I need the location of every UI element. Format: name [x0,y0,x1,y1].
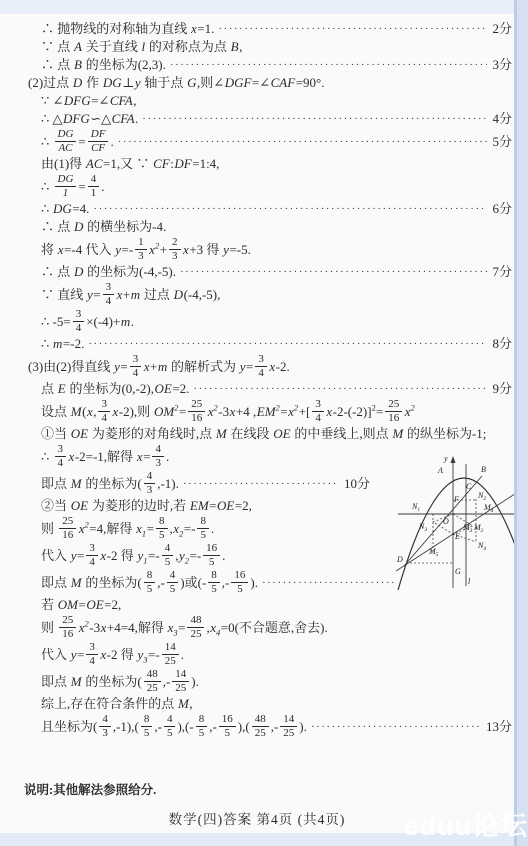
text-segment: ∵ ∠ [41,93,63,109]
diagram-label-A: A [437,466,443,475]
score-badge: 9分 [492,381,512,397]
text-segment: ∴ 抛物线的对称轴为直线 [41,21,191,37]
y-axis-arrow-icon [451,456,456,463]
text-segment: 为菱形的对角线时,点 [89,426,216,442]
math-segment: D [74,264,84,280]
math-segment: y [70,548,77,564]
text-segment: = [280,404,287,420]
text-segment: ∴ [41,179,53,195]
text-segment: = [147,521,154,537]
fraction: 34 [86,543,98,568]
content-line: 代入 y=34x-2 得 y3=-1425. [28,642,512,667]
math-segment: x [191,21,198,37]
content-line: ①当 OE 为菱形的对角线时,点 M 在线段 OE 的中垂线上,则点 M 的纵坐… [28,426,512,442]
diagram-label-O: O [443,517,449,526]
content-line: ∴ -5=34×(-4)+m. [28,309,512,334]
content-line: 若 OM=OE=2, [28,597,512,613]
math-segment: DG [102,75,122,91]
diagram-label-N3: N3 [418,522,427,533]
text-segment: = [209,498,216,514]
math-segment: OE [70,426,88,442]
math-segment: x [116,287,123,303]
content-line: 将 x=-4 代入 y=-13x2+23x+3 得 y=-5. [28,237,512,262]
fraction: 34 [312,399,324,424]
dotted-leader: ········································… [118,134,488,150]
text-segment: -2-(-2)]2= [333,404,384,420]
math-segment: x [100,647,107,663]
text-segment: . [222,548,225,564]
math-segment: CFA [111,111,135,127]
diagram-label-F: F [453,495,459,504]
text-segment: = [120,359,127,375]
diagram-svg: yxABCFN1N2N3N4OM2M3M4M5EDGl [396,452,526,594]
text-segment: 的中垂线上,则点 [291,426,392,442]
math-segment: x [100,548,107,564]
math-segment: OE [154,381,172,397]
text-segment: 的坐标为(0,-2), [66,381,154,397]
text-segment: . [211,521,214,537]
content-line: 即点 M 的坐标为(4825,-1425). [28,669,512,694]
text-segment: 过点 [141,287,174,303]
math-segment: x [269,359,276,375]
text-segment: = [93,287,100,303]
text-segment: . [166,449,169,465]
math-segment: y [239,359,246,375]
text-segment: ①当 [41,426,70,442]
text-segment: ∽△ [90,111,111,127]
text-segment: 代入 [41,647,70,663]
diagram-label-M4: M4 [483,503,494,514]
math-segment: y [115,242,122,258]
text-segment: + [123,287,130,303]
text-segment: 由(1)得 [41,156,85,172]
text-segment: =∠ [252,75,270,91]
fraction: 34 [98,399,110,424]
text-segment: ,- [271,719,279,735]
math-segment: D [173,287,183,303]
fraction: 34 [255,354,267,379]
text-segment: 的坐标为(2,3). [82,57,165,73]
text-segment: -2 得 [107,548,137,564]
text-segment: =- [148,548,160,564]
fraction: 34 [55,444,67,469]
text-segment: -2),则 [119,404,154,420]
fraction: 165 [231,570,248,595]
text-segment: . [135,111,138,127]
dotted-leader: ········································… [180,264,488,280]
right-edge-strip [514,0,528,846]
text-segment: ). [250,575,258,591]
text-segment: 即点 [41,575,70,591]
parabola-figure: yxABCFN1N2N3N4OM2M3M4M5EDGl [396,452,526,594]
text-segment: 设点 [41,404,70,420]
score-badge: 2分 [492,21,512,37]
content-line: 综上,存在符合条件的点 M, [28,696,512,712]
content-line: ∴ △DFG∽△CFA.····························… [28,111,512,127]
diagram-label-N4: N4 [477,541,486,552]
dotted-leader: ········································… [183,476,339,492]
math-segment: OE [86,597,104,613]
math-segment: x2 [207,404,218,420]
text-segment: ×(-4)+ [86,314,120,330]
math-segment: D [74,219,84,235]
fraction: 4825 [144,669,161,694]
fraction: 85 [196,714,208,739]
text-segment: 的坐标为(-4,-5). [84,264,176,280]
fraction: 45 [164,714,176,739]
score-badge: 6分 [492,201,512,217]
content-line: ∴ 点 B 的坐标为(2,3).························… [28,57,512,73]
math-segment: y [134,75,141,91]
diagram-label-N2: N2 [477,491,486,502]
text-segment: . [131,314,134,330]
text-segment: ),( [238,719,250,735]
text-segment: ,- [157,575,165,591]
math-segment: OM [57,597,78,613]
fraction: 41 [88,174,100,199]
math-segment: EM [189,498,209,514]
text-segment: =- [122,242,134,258]
text-segment: 且坐标为( [41,719,97,735]
text-segment: -2 得 [107,647,137,663]
math-segment: D [72,75,82,91]
math-segment: M [70,674,82,690]
content-line: ∴ m=-2.·································… [28,336,512,352]
math-segment: y1 [137,548,148,564]
math-segment: x2 [78,620,89,636]
math-segment: y3 [137,647,148,663]
parabola-curve [398,478,526,590]
math-segment: x2 [173,521,184,537]
math-segment: OE [273,426,291,442]
text-segment: ⊥ [122,75,134,91]
math-segment: x2 [149,242,160,258]
math-segment: B [230,39,239,55]
math-segment: y [114,359,121,375]
content-line: ∴ DGAC=DFCF.····························… [28,129,512,154]
math-segment: x [136,449,143,465]
text-segment: = [179,404,186,420]
math-segment: m [130,287,140,303]
math-segment: x [183,242,190,258]
text-segment: ②当 [41,498,70,514]
dotted-leader: ········································… [142,111,487,127]
text-segment: 综上,存在符合条件的点 [41,696,178,712]
text-segment: =2. [172,381,189,397]
text-segment: =90°. [296,75,325,91]
math-segment: DG [53,201,73,217]
text-segment: =- [190,548,202,564]
text-segment: =2, [235,498,252,514]
text-segment: -3 [89,620,100,636]
content-line: ∴ 点 D 的横坐标为-4. [28,219,512,235]
text-segment: ∴ △ [41,111,63,127]
math-segment: DFG [63,93,91,109]
dotted-leader: ········································… [88,336,487,352]
math-segment: OE [217,498,235,514]
text-segment: ∵ 点 [41,39,74,55]
text-segment: ∴ 点 [41,264,74,280]
answer-content: ∴ 抛物线的对称轴为直线 x=1.·······················… [28,21,512,741]
text-segment: 在线段 [227,426,273,442]
text-segment: )或(- [180,575,206,591]
fraction: 1425 [172,669,189,694]
math-segment: M [70,404,82,420]
fraction: DGAC [55,129,77,154]
text-segment: +4=4,解得 [107,620,167,636]
text-segment: ∴ [41,201,53,217]
text-segment: 的坐标为( [82,575,142,591]
content-line: (2)过点 D 作 DG⊥y 轴于点 G,则∠DGF=∠CAF=90°. [28,75,512,91]
text-segment: ,- [163,674,171,690]
diagram-label-line-l: l [468,577,471,586]
diagram-label-axis-y: y [443,454,448,463]
text-segment: -3 [218,404,229,420]
math-segment: m [53,336,63,352]
fraction: 85 [144,570,156,595]
fraction: 85 [141,714,153,739]
math-segment: OM2 [153,404,178,420]
content-line: ②当 OE 为菱形的边时,若 EM=OE=2, [28,498,370,514]
diagram-label-B: B [481,465,486,474]
text-segment: ,则∠ [197,75,224,91]
text-segment: ),(- [177,719,193,735]
score-badge: 4分 [492,111,512,127]
math-segment: B [74,57,83,73]
math-segment: x [100,620,107,636]
text-segment: ,-1),( [113,719,139,735]
content-line: ∴ 点 D 的坐标为(-4,-5).······················… [28,264,512,280]
fraction: 4825 [187,615,204,640]
fraction: 165 [219,714,236,739]
math-segment: y2 [178,548,189,564]
fraction: 43 [144,471,156,496]
fraction: 13 [135,237,147,262]
math-segment: x [57,242,64,258]
text-segment: ∴ 点 [41,57,74,73]
fraction: 34 [73,309,85,334]
text-segment: = [246,359,253,375]
math-segment: M [392,426,404,442]
fraction: 2516 [59,516,76,541]
math-segment: x [143,359,150,375]
diagram-label-N1: N1 [411,502,420,513]
dotted-leader: ········································… [170,57,488,73]
math-segment: DFG [63,111,91,127]
fraction: 43 [99,714,111,739]
math-segment: CAF [270,75,296,91]
fraction: 34 [103,282,115,307]
text-segment: =- [148,647,160,663]
text-segment: ∴ [41,134,53,150]
fraction: 2516 [59,615,76,640]
math-segment: M [70,476,82,492]
score-badge: 7分 [492,264,512,280]
fraction: 85 [197,516,209,541]
text-segment: 将 [41,242,57,258]
math-segment: x [86,404,93,420]
text-segment: = [178,620,185,636]
text-segment: =4. [72,201,89,217]
text-segment: . [110,134,113,150]
text-segment: =1. [197,21,214,37]
diagram-label-M5: M5 [428,547,439,558]
text-segment: 为菱形的边时,若 [89,498,190,514]
math-segment: x3 [167,620,178,636]
content-line: 即点 M 的坐标为(43,-1).·······················… [28,471,370,496]
fraction: 85 [208,570,220,595]
math-segment: x [326,404,333,420]
content-line: 设点 M(x,34x-2),则 OM2=2516x2-3x+4 ,EM2=x2+… [28,399,512,424]
text-segment: ∵ 直线 [41,287,87,303]
fraction: 85 [156,516,168,541]
text-segment: =-5. [229,242,250,258]
math-segment: m [120,314,130,330]
text-segment: ∴ [41,336,53,352]
math-segment: x4 [210,620,221,636]
diagram-label-M2: M2 [473,523,484,534]
math-segment: y [87,287,94,303]
fraction: 1425 [162,642,179,667]
dotted-leader: ········································… [311,719,481,735]
content-line: ∵ 点 A 关于直线 l 的对称点为点 B, [28,39,512,55]
diagram-label-C: C [466,482,472,491]
math-segment: A [74,39,83,55]
score-badge: 13分 [486,719,512,735]
fraction: 2516 [385,399,402,424]
text-segment: = [78,134,85,150]
fraction: 1425 [280,714,297,739]
text-segment: +4 , [236,404,256,420]
content-line: ∵ 直线 y=34x+m 过点 D(-4,-5), [28,282,512,307]
diagram-label-E: E [454,532,460,541]
text-segment: , [93,404,96,420]
text-segment: 轴于点 [141,75,187,91]
math-segment: E [57,381,66,397]
fraction: DFCF [88,129,109,154]
text-segment: , [189,696,192,712]
text-segment: -2=-1,解得 [75,449,137,465]
text-segment: 的坐标为( [82,674,142,690]
text-segment: ∴ 点 [41,219,74,235]
content-line: ∵ ∠DFG=∠CFA, [28,93,512,109]
text-segment: = [78,179,85,195]
text-segment: (2)过点 [28,75,72,91]
text-segment: (3)由(2)得直线 [28,359,114,375]
text-segment: 关于直线 [82,39,141,55]
text-segment: ). [299,719,307,735]
text-segment: 点 [41,381,57,397]
fraction: 43 [152,444,164,469]
score-badge: 10分 [344,476,370,492]
text-segment: . [101,179,104,195]
dotted-leader: ········································… [193,381,487,397]
math-segment: x1 [136,521,147,537]
math-segment: M [70,575,82,591]
text-segment: =-2. [63,336,84,352]
diagram-labels: yxABCFN1N2N3N4OM2M3M4M5EDGl [396,454,519,586]
text-segment: =1:4, [192,156,219,172]
dotted-leader: ········································… [218,21,487,37]
score-badge: 8分 [492,336,512,352]
line-y-equals-3-4x-minus-2 [396,488,524,571]
content-line: 且坐标为(43,-1),(85,-45),(-85,-165),(4825,-1… [28,714,512,739]
text-segment: 作 [83,75,103,91]
math-segment: CF [153,156,171,172]
dotted-leader: ········································… [93,201,487,217]
fraction: 34 [130,354,142,379]
text-segment: =1,又 ∵ [103,156,153,172]
text-segment: ,- [154,719,162,735]
content-line: ∴ 抛物线的对称轴为直线 x=1.·······················… [28,21,512,37]
content-line: 则 2516x2-3x+4=4,解得 x3=4825,x4=0(不合题意,舍去)… [28,615,512,640]
fraction: 34 [86,642,98,667]
fraction: DG1 [55,174,77,199]
top-edge-strip [0,0,528,14]
math-segment: x [112,404,119,420]
math-segment: x [229,404,236,420]
text-segment: = [77,647,84,663]
math-segment: G [187,75,197,91]
text-segment: =2, [104,597,121,613]
text-segment: 的对称点为点 [146,39,231,55]
text-segment: 则 [41,521,57,537]
text-segment: ). [191,674,199,690]
text-segment: 若 [41,597,57,613]
score-badge: 5分 [492,134,512,150]
math-segment: y [223,242,230,258]
text-segment: . [181,647,184,663]
content-line: 由(1)得 AC=1,又 ∵ CF:DF=1:4, [28,156,512,172]
text-segment: + [160,242,167,258]
text-segment: =-4 代入 [64,242,115,258]
watermark: eduu论坛 [404,804,528,843]
math-segment: DF [174,156,192,172]
text-segment: +[ [299,404,311,420]
math-segment: m [157,359,167,375]
math-segment: AC [85,156,103,172]
diagram-label-D: D [396,555,403,564]
text-segment: ,- [209,719,217,735]
math-segment: DGF [224,75,252,91]
math-segment: OE [70,498,88,514]
text-segment: (-4,-5), [184,287,221,303]
text-segment: 即点 [41,476,70,492]
text-segment: ∴ -5= [41,314,71,330]
text-segment: = [78,597,85,613]
text-segment: 代入 [41,548,70,564]
text-segment: 即点 [41,674,70,690]
math-segment: x2 [404,404,415,420]
math-segment: x2 [78,521,89,537]
text-segment: =∠ [91,93,109,109]
fraction: 45 [162,543,174,568]
text-segment: =0(不合题意,舍去). [221,620,328,636]
text-segment: ,-1). [157,476,179,492]
text-segment: 的坐标为( [82,476,142,492]
text-segment: = [77,548,84,564]
math-segment: CFA [109,93,133,109]
text-segment: ∴ [41,449,53,465]
content-line: ∴ DG1=41. [28,174,512,199]
math-segment: M [178,696,190,712]
fraction: 23 [169,237,181,262]
content-line: ∴ DG=4.·································… [28,201,512,217]
math-segment: x2 [288,404,299,420]
text-segment: 的纵坐标为-1; [404,426,487,442]
text-segment: 则 [41,620,57,636]
text-segment: +3 得 [189,242,222,258]
